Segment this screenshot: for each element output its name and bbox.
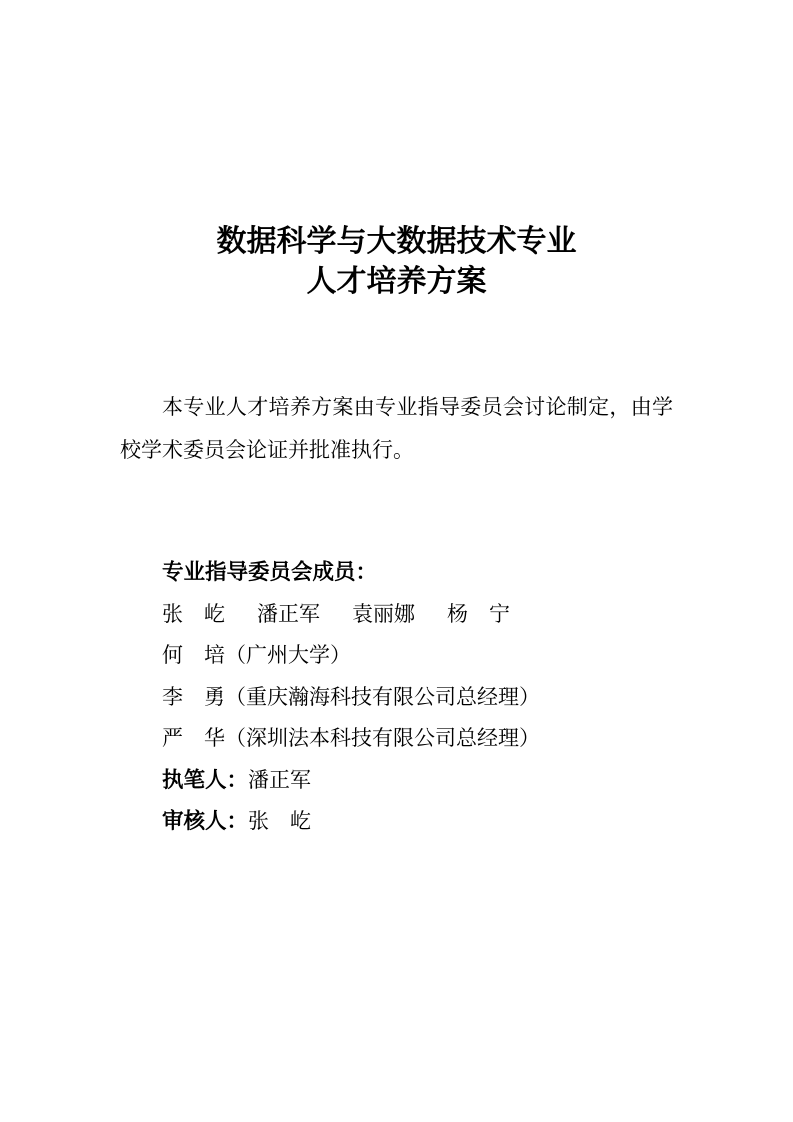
document-title-line2: 人才培养方案 [120, 262, 673, 302]
reviewer-row: 审核人：张 屹 [162, 801, 673, 843]
writer-label: 执笔人： [162, 768, 248, 793]
member-with-affiliation: 李 勇（重庆瀚海科技有限公司总经理） [162, 677, 673, 719]
committee-members-row: 张 屹 潘正军 袁丽娜 杨 宁 [162, 594, 673, 636]
member-with-affiliation: 何 培（广州大学） [162, 635, 673, 677]
member-name: 杨 宁 [447, 594, 510, 636]
document-title: 数据科学与大数据技术专业 人才培养方案 [120, 222, 673, 302]
committee-heading: 专业指导委员会成员： [162, 552, 673, 594]
reviewer-name: 张 屹 [248, 809, 311, 833]
member-name: 张 屹 [162, 594, 225, 636]
reviewer-label: 审核人： [162, 809, 248, 834]
document-title-line1: 数据科学与大数据技术专业 [120, 222, 673, 262]
intro-paragraph: 本专业人才培养方案由专业指导委员会讨论制定，由学校学术委员会论证并批准执行。 [120, 386, 673, 472]
writer-name: 潘正军 [248, 768, 311, 792]
writer-row: 执笔人：潘正军 [162, 760, 673, 802]
document-page: 数据科学与大数据技术专业 人才培养方案 本专业人才培养方案由专业指导委员会讨论制… [0, 0, 793, 1122]
member-with-affiliation: 严 华（深圳法本科技有限公司总经理） [162, 718, 673, 760]
member-name: 袁丽娜 [352, 594, 415, 636]
member-name: 潘正军 [257, 594, 320, 636]
committee-section: 专业指导委员会成员： 张 屹 潘正军 袁丽娜 杨 宁 何 培（广州大学） 李 勇… [162, 552, 673, 843]
